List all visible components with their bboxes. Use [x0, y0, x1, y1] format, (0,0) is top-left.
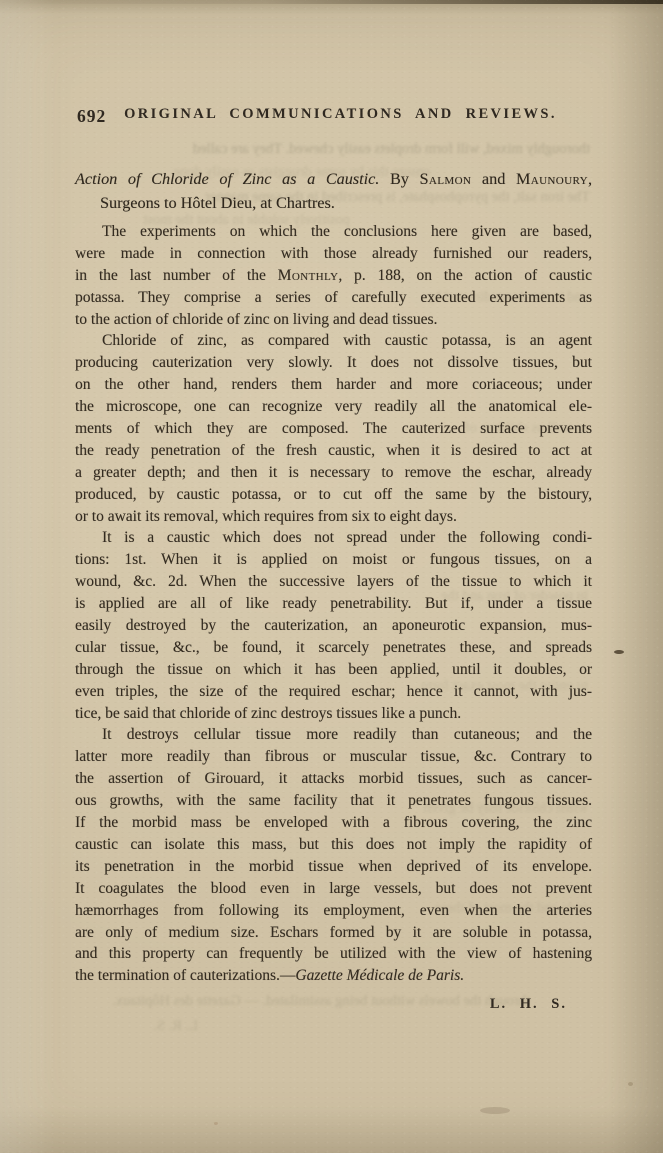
text-segment: are only of medium size. Eschars formed …: [75, 924, 592, 941]
text-line: tice, be said that chloride of zinc dest…: [75, 703, 592, 725]
text-line: potassa. They comprise a series of caref…: [75, 287, 592, 309]
text-segment: tice, be said that chloride of zinc dest…: [75, 705, 461, 722]
text-line: the assertion of Girouard, it attacks mo…: [75, 768, 592, 790]
text-line: hæmorrhages from following its employmen…: [75, 900, 592, 922]
text-segment: easily destroyed by the cauterization, a…: [75, 617, 592, 634]
text-line: to the action of chloride of zinc on liv…: [75, 309, 592, 331]
text-segment: producing cauterization very slowly. It …: [75, 354, 592, 371]
text-line: The experiments on which the conclusions…: [75, 221, 592, 243]
text-line: the ready penetration of the fresh caust…: [75, 440, 592, 462]
text-segment: and: [471, 170, 516, 188]
text-segment: and this property can frequently be util…: [75, 945, 592, 962]
text-segment: is applied are all of like ready penetra…: [75, 595, 592, 612]
text-segment: the assertion of Girouard, it attacks mo…: [75, 770, 592, 787]
text-line: or to await its removal, which requires …: [75, 506, 592, 528]
article-title-line: Action of Chloride of Zinc as a Caustic.…: [75, 167, 592, 191]
text-line: caustic can isolate this mass, but this …: [75, 834, 592, 856]
text-line: It is a caustic which does not spread un…: [75, 527, 592, 549]
text-segment: produced, by caustic potassa, or to cut …: [75, 486, 592, 503]
text-segment: in the last number of the: [75, 267, 278, 284]
text-segment: By: [379, 170, 419, 188]
article-body: The experiments on which the conclusions…: [75, 221, 592, 987]
text-segment: on the other hand, renders them harder a…: [75, 376, 592, 393]
text-line: tions: 1st. When it is applied on moist …: [75, 549, 592, 571]
text-line: and this property can frequently be util…: [75, 943, 592, 965]
text-line: the microscope, one can recognize very r…: [75, 396, 592, 418]
text-segment: ments of which they are composed. The ca…: [75, 420, 592, 437]
text-segment: even triples, the size of the required e…: [75, 683, 592, 700]
text-line: in the last number of the Monthly, p. 18…: [75, 265, 592, 287]
text-segment: It is a caustic which does not spread un…: [102, 529, 592, 546]
text-line: were made in connection with those alrea…: [75, 243, 592, 265]
text-segment: The experiments on which the conclusions…: [102, 223, 592, 240]
text-segment: If the morbid mass be enveloped with a f…: [75, 814, 592, 831]
page-number: 692: [77, 106, 106, 127]
text-segment: the termination of cauterizations.—: [75, 967, 295, 984]
text-segment: tions: 1st. When it is applied on moist …: [75, 551, 592, 568]
running-header: ORIGINAL COMMUNICATIONS AND REVIEWS.: [75, 106, 592, 123]
text-line: its penetration in the morbid tissue whe…: [75, 856, 592, 878]
article-heading: Action of Chloride of Zinc as a Caustic.…: [75, 167, 592, 215]
text-segment: through the tissue on which it has been …: [75, 661, 592, 678]
signature-initials: L. H. S.: [75, 996, 567, 1013]
text-segment: hæmorrhages from following its employmen…: [75, 902, 592, 919]
text-line: Chloride of zinc, as compared with caust…: [75, 330, 592, 352]
text-line: even triples, the size of the required e…: [75, 681, 592, 703]
text-line: easily destroyed by the cauterization, a…: [75, 615, 592, 637]
ink-dash-mark: [614, 650, 624, 654]
text-segment: ous growths, with the same facility that…: [75, 792, 592, 809]
bleedthrough-text: thoroughly mixed, will form droplets eas…: [90, 141, 590, 159]
text-line: producing cauterization very slowly. It …: [75, 352, 592, 374]
ink-speck: [214, 1122, 218, 1125]
italic-text: Gazette Médicale de Paris.: [295, 967, 464, 984]
text-line: ous growths, with the same facility that…: [75, 790, 592, 812]
text-segment: the ready penetration of the fresh caust…: [75, 442, 592, 459]
text-line: produced, by caustic potassa, or to cut …: [75, 484, 592, 506]
text-line: ments of which they are composed. The ca…: [75, 418, 592, 440]
text-segment: wound, &c. 2d. When the successive layer…: [75, 573, 592, 590]
text-segment: Chloride of zinc, as compared with caust…: [102, 332, 592, 349]
smallcaps-text: Monthly: [278, 267, 339, 284]
text-segment: potassa. They comprise a series of caref…: [75, 289, 592, 306]
text-line: It destroys cellular tissue more readily…: [75, 724, 592, 746]
ink-speck: [628, 1082, 633, 1086]
text-line: are only of medium size. Eschars formed …: [75, 922, 592, 944]
text-line: the termination of cauterizations.—Gazet…: [75, 965, 592, 987]
text-line: It coagulates the blood even in large ve…: [75, 878, 592, 900]
text-line: on the other hand, renders them harder a…: [75, 374, 592, 396]
smallcaps-text: Maunoury: [516, 170, 588, 188]
text-segment: to the action of chloride of zinc on liv…: [75, 311, 437, 328]
text-line: through the tissue on which it has been …: [75, 659, 592, 681]
text-segment: , p. 188, on the action of caustic: [338, 267, 592, 284]
text-line: is applied are all of like ready penetra…: [75, 593, 592, 615]
text-segment: or to await its removal, which requires …: [75, 508, 457, 525]
text-line: latter more readily than fibrous or musc…: [75, 746, 592, 768]
text-line: If the morbid mass be enveloped with a f…: [75, 812, 592, 834]
text-segment: ,: [588, 170, 592, 188]
text-segment: a greater depth; and then it is necessar…: [75, 464, 592, 481]
text-segment: caustic can isolate this mass, but this …: [75, 836, 592, 853]
smudge-mark: [480, 1107, 510, 1114]
text-segment: cular tissue, &c., be found, it scarcely…: [75, 639, 592, 656]
scanned-book-page: thoroughly mixed, will form droplets eas…: [0, 0, 663, 1153]
text-segment: the microscope, one can recognize very r…: [75, 398, 592, 415]
italic-text: Action of Chloride of Zinc as a Caustic.: [75, 170, 379, 188]
text-segment: latter more readily than fibrous or musc…: [75, 748, 592, 765]
text-line: wound, &c. 2d. When the successive layer…: [75, 571, 592, 593]
smallcaps-text: Salmon: [420, 170, 472, 188]
bleedthrough-text: L. R. S.: [88, 1018, 198, 1036]
text-line: a greater depth; and then it is necessar…: [75, 462, 592, 484]
article-subtitle-line: Surgeons to Hôtel Dieu, at Chartres.: [75, 191, 592, 215]
text-segment: It destroys cellular tissue more readily…: [102, 726, 592, 743]
page-header: 692 ORIGINAL COMMUNICATIONS AND REVIEWS.: [75, 106, 592, 128]
page-top-edge-shadow: [0, 0, 663, 4]
text-segment: its penetration in the morbid tissue whe…: [75, 858, 592, 875]
text-line: cular tissue, &c., be found, it scarcely…: [75, 637, 592, 659]
text-segment: were made in connection with those alrea…: [75, 245, 592, 262]
text-segment: It coagulates the blood even in large ve…: [75, 880, 592, 897]
